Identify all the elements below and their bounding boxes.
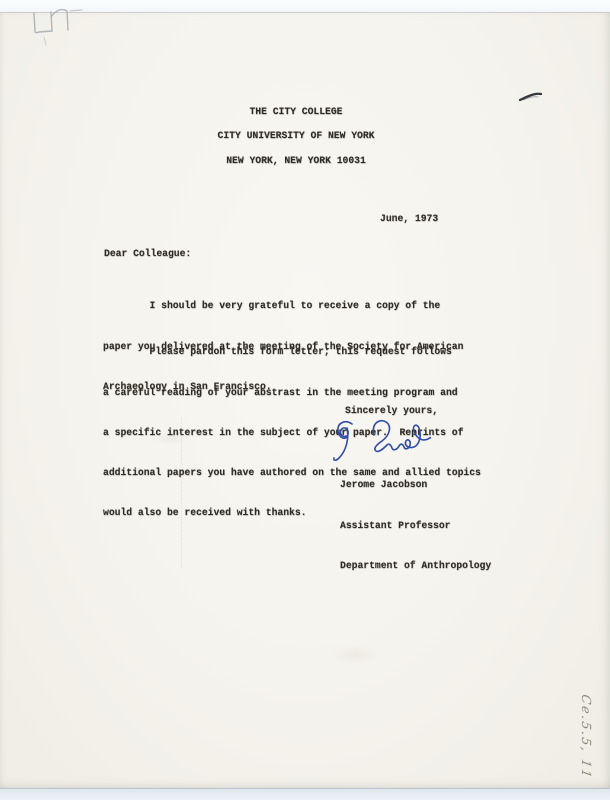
- signer-department: Department of Anthropology: [340, 559, 491, 572]
- signer-block: Jerome Jacobson Assistant Professor Depa…: [340, 452, 491, 599]
- paper-smudge: [150, 430, 190, 446]
- paper-smudge: [330, 645, 380, 665]
- closing-phrase: Sincerely yours,: [345, 404, 438, 417]
- letterhead-line-3: NEW YORK, NEW YORK 10031: [0, 154, 592, 167]
- corner-scribble-mark: [26, 3, 90, 49]
- signer-name: Jerome Jacobson: [340, 478, 491, 491]
- scanner-background-top: [0, 0, 610, 12]
- paragraph-2-line: a careful reading of your abstrast in th…: [103, 386, 481, 399]
- scanner-background-bottom: [0, 788, 610, 800]
- letterhead-line-2: CITY UNIVERSITY OF NEW YORK: [0, 129, 592, 142]
- paragraph-2-line: Please pardon this form letter; this req…: [103, 345, 481, 358]
- letter-date: June, 1973: [380, 212, 438, 225]
- salutation: Dear Colleague:: [104, 247, 191, 260]
- pen-dash-mark: [517, 90, 543, 104]
- catalog-number-annotation: Ce.5.5, 11: [579, 693, 594, 780]
- scanned-letter-page: THE CITY COLLEGE CITY UNIVERSITY OF NEW …: [0, 0, 610, 800]
- letterhead-line-1: THE CITY COLLEGE: [0, 105, 592, 118]
- paragraph-1-line: I should be very grateful to receive a c…: [103, 299, 463, 312]
- signer-title: Assistant Professor: [340, 519, 491, 532]
